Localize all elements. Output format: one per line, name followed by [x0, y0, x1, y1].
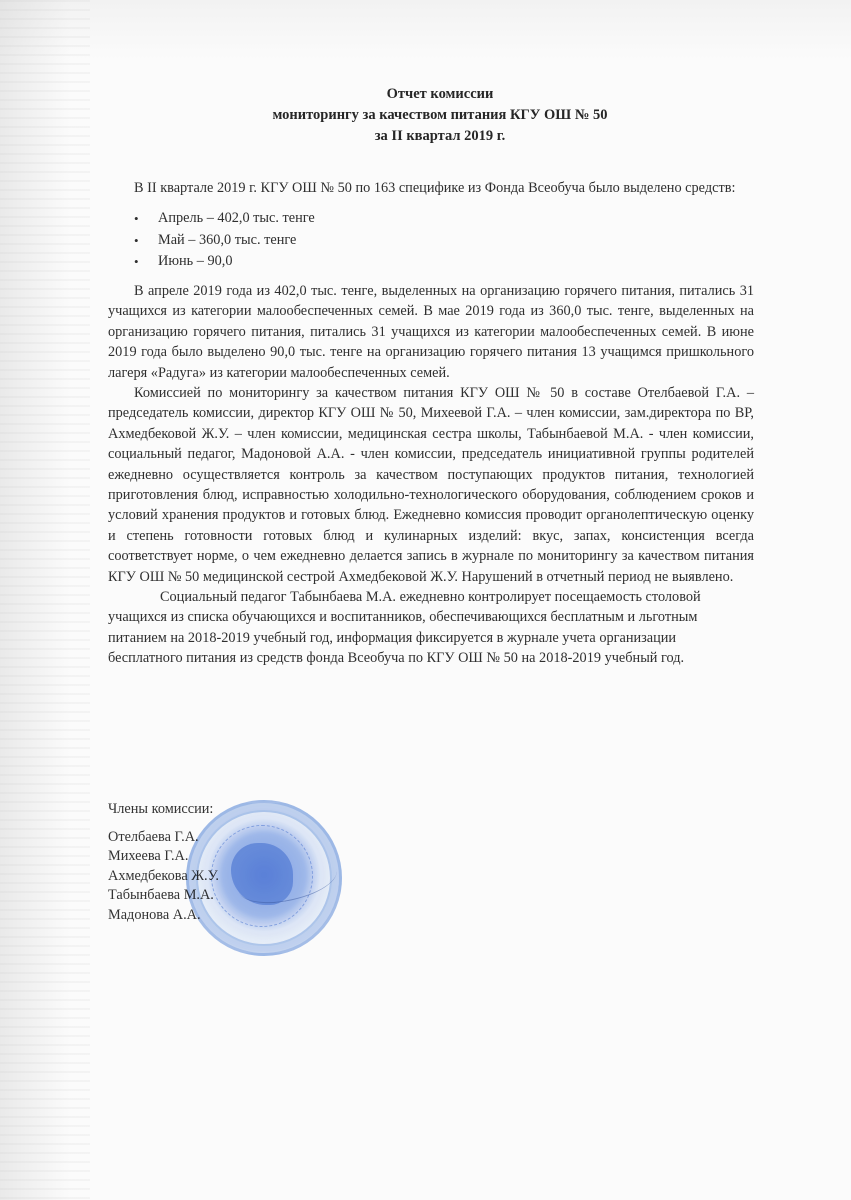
- members-heading: Члены комиссии:: [108, 800, 219, 820]
- paragraph-funding-usage: В апреле 2019 года из 402,0 тыс. тенге, …: [108, 281, 754, 383]
- allocation-item-april: • Апрель – 402,0 тыс. тенге: [134, 208, 754, 230]
- title-line-3: за II квартал 2019 г.: [230, 126, 650, 147]
- bullet-icon: •: [134, 230, 139, 252]
- allocation-item-may: • Май – 360,0 тыс. тенге: [134, 230, 754, 252]
- intro-paragraph: В II квартале 2019 г. КГУ ОШ № 50 по 163…: [108, 178, 754, 198]
- allocation-list: • Апрель – 402,0 тыс. тенге • Май – 360,…: [108, 208, 754, 273]
- bullet-icon: •: [134, 251, 139, 273]
- title-line-1: Отчет комиссии: [230, 84, 650, 105]
- scan-noise: [0, 0, 90, 1200]
- scanned-page: Отчет комиссии мониторингу за качеством …: [0, 0, 851, 1200]
- allocation-text: Май – 360,0 тыс. тенге: [158, 232, 296, 248]
- allocation-item-june: • Июнь – 90,0: [134, 251, 754, 273]
- paragraph-social-pedagogue: Социальный педагог Табынбаева М.А. ежедн…: [108, 587, 754, 669]
- document-title: Отчет комиссии мониторингу за качеством …: [230, 84, 650, 147]
- title-line-2: мониторингу за качеством питания КГУ ОШ …: [230, 105, 650, 126]
- allocation-text: Июнь – 90,0: [158, 253, 233, 269]
- paragraph-commission-control: Комиссией по мониторингу за качеством пи…: [108, 383, 754, 587]
- bullet-icon: •: [134, 208, 139, 230]
- document-body: В II квартале 2019 г. КГУ ОШ № 50 по 163…: [108, 178, 754, 669]
- allocation-text: Апрель – 402,0 тыс. тенге: [158, 210, 315, 226]
